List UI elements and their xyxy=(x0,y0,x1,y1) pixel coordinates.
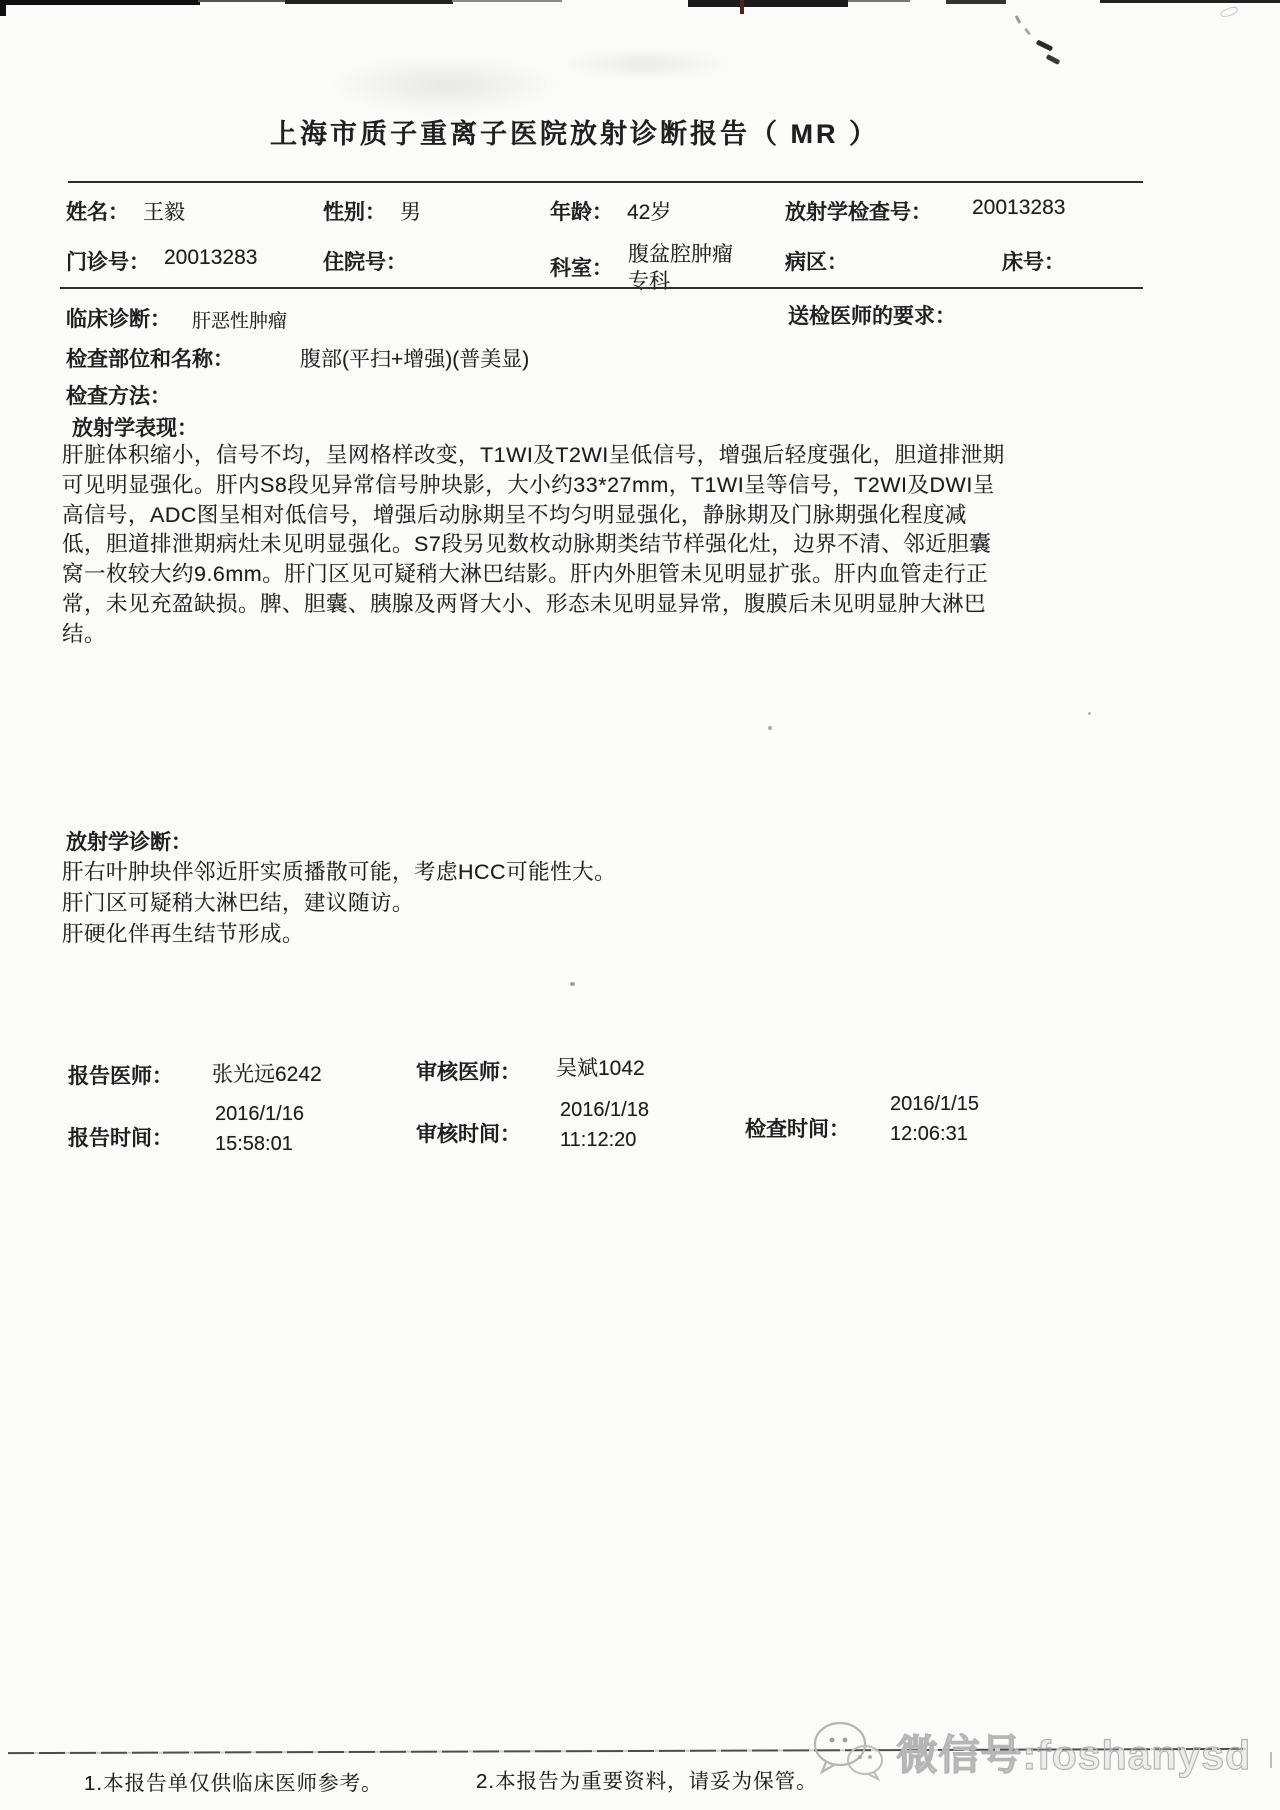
bed-no-label: 床号： xyxy=(1002,246,1065,276)
scan-speck xyxy=(768,726,772,730)
exam-site-label: 检查部位和名称： xyxy=(66,343,234,373)
findings-line: 结。 xyxy=(62,620,1052,650)
review-time-value: 11:12:20 xyxy=(560,1127,636,1154)
footer-note-2: 2.本报告为重要资料，请妥为保管。 xyxy=(476,1764,818,1794)
sex-value: 男 xyxy=(400,196,421,226)
impression-paragraph: 肝右叶肿块伴邻近肝实质播散可能，考虑HCC可能性大。 肝门区可疑稍大淋巴结，建议… xyxy=(62,857,616,950)
findings-line: 低，胆道排泄期病灶未见明显强化。S7段另见数枚动脉期类结节样强化灶，边界不清、邻… xyxy=(62,530,1052,560)
scan-edge-artifact xyxy=(848,0,910,2)
scan-speck xyxy=(570,982,575,986)
report-date-value: 2016/1/16 xyxy=(215,1101,304,1128)
scan-edge-artifact xyxy=(1100,0,1280,3)
report-time-value: 15:58:01 xyxy=(215,1131,293,1158)
findings-line: 高信号，ADC图呈相对低信号，增强后动脉期呈不均匀明显强化，静脉期及门脉期强化程… xyxy=(62,501,1052,531)
name-label: 姓名： xyxy=(66,196,129,226)
review-doctor-value: 吴斌1042 xyxy=(556,1052,645,1082)
scan-edge-artifact xyxy=(452,0,562,2)
findings-line: 常，未见充盈缺损。脾、胆囊、胰腺及两肾大小、形态未见明显异常，腹膜后未见明显肿大… xyxy=(62,590,1052,620)
findings-heading: 放射学表现： xyxy=(72,412,198,442)
exam-no-label: 放射学检查号： xyxy=(785,196,932,226)
outpatient-no-value: 20013283 xyxy=(164,246,257,270)
review-date-value: 2016/1/18 xyxy=(560,1097,649,1124)
findings-line: 可见明显强化。肝内S8段见异常信号肿块影，大小约33*27mm，T1WI呈等信号… xyxy=(62,471,1052,501)
scan-edge-artifact xyxy=(0,0,200,5)
scan-edge-artifact xyxy=(946,0,1006,4)
referring-request-label: 送检医师的要求： xyxy=(788,300,956,330)
exam-time-label: 检查时间： xyxy=(745,1113,850,1143)
scan-mark xyxy=(1036,40,1053,52)
clinical-diagnosis-value: 肝恶性肿瘤 xyxy=(192,306,287,333)
report-doctor-label: 报告医师： xyxy=(68,1060,173,1090)
review-doctor-label: 审核医师： xyxy=(416,1056,521,1086)
scan-edge-artifact xyxy=(285,0,453,4)
review-time-label: 审核时间： xyxy=(416,1118,521,1148)
impression-heading: 放射学诊断： xyxy=(66,826,192,856)
department-value-line1: 腹盆腔肿瘤 xyxy=(628,238,733,268)
scan-speck xyxy=(1088,712,1091,715)
age-label: 年龄： xyxy=(550,196,613,226)
watermark-text: 微信号:foshanysd xyxy=(896,1722,1251,1781)
scan-smudge xyxy=(330,55,560,115)
department-label: 科室： xyxy=(550,252,613,282)
sex-label: 性别： xyxy=(323,196,386,226)
exam-site-value: 腹部(平扫+增强)(普美显) xyxy=(300,343,529,373)
scanned-radiology-report: 上海市质子重离子医院放射诊断报告（ MR ） 姓名： 王毅 性别： 男 年龄： … xyxy=(0,0,1280,1810)
scan-fold-mark xyxy=(1270,1752,1272,1768)
scan-mark xyxy=(1015,15,1021,23)
footer-note-1: 1.本报告单仅供临床医师参考。 xyxy=(84,1766,383,1796)
impression-line: 肝门区可疑稍大淋巴结，建议随访。 xyxy=(62,888,616,919)
wechat-icon xyxy=(812,1716,886,1787)
exam-no-value: 20013283 xyxy=(972,196,1065,220)
scan-edge-artifact xyxy=(740,0,744,14)
exam-time-value: 12:06:31 xyxy=(890,1121,968,1148)
department-value-line2: 专科 xyxy=(628,265,670,295)
ward-label: 病区： xyxy=(785,246,848,276)
outpatient-no-label: 门诊号： xyxy=(66,246,150,276)
scan-mark xyxy=(1046,54,1061,65)
scan-mark xyxy=(1219,5,1239,18)
name-value: 王毅 xyxy=(143,196,185,226)
exam-date-value: 2016/1/15 xyxy=(890,1091,979,1118)
scan-smudge xyxy=(560,48,730,80)
scan-edge-artifact xyxy=(0,0,6,16)
scan-mark xyxy=(1024,28,1031,35)
scan-edge-artifact xyxy=(198,0,290,2)
report-title: 上海市质子重离子医院放射诊断报告（ MR ） xyxy=(270,112,879,151)
scan-edge-artifact xyxy=(688,0,848,7)
findings-paragraph: 肝脏体积缩小，信号不均，呈网格样改变，T1WI及T2WI呈低信号，增强后轻度强化… xyxy=(62,441,1052,650)
table-bottom-border xyxy=(60,287,1143,289)
table-top-border xyxy=(68,181,1143,183)
exam-method-label: 检查方法： xyxy=(66,380,171,410)
findings-line: 窝一枚较大约9.6mm。肝门区见可疑稍大淋巴结影。肝内外胆管未见明显扩张。肝内血… xyxy=(62,560,1052,590)
inpatient-no-label: 住院号： xyxy=(323,246,407,276)
age-value: 42岁 xyxy=(627,196,671,226)
wechat-watermark: 微信号:foshanysd xyxy=(812,1716,1251,1787)
findings-line: 肝脏体积缩小，信号不均，呈网格样改变，T1WI及T2WI呈低信号，增强后轻度强化… xyxy=(62,441,1052,471)
report-time-label: 报告时间： xyxy=(68,1122,173,1152)
impression-line: 肝右叶肿块伴邻近肝实质播散可能，考虑HCC可能性大。 xyxy=(62,857,616,888)
impression-line: 肝硬化伴再生结节形成。 xyxy=(62,919,616,950)
clinical-diagnosis-label: 临床诊断： xyxy=(66,303,171,333)
report-doctor-value: 张光远6242 xyxy=(212,1058,322,1088)
